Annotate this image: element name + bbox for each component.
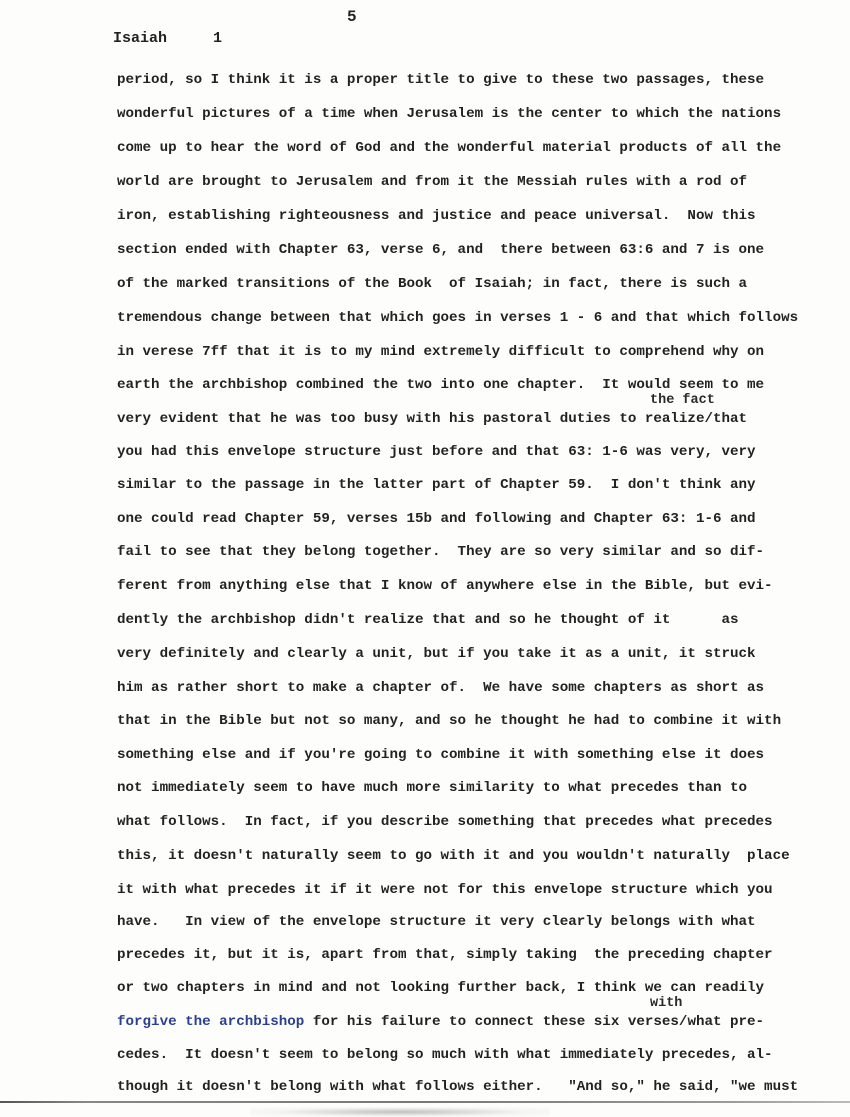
body-line: fail to see that they belong together. T… [117,543,764,561]
body-line: ferent from anything else that I know of… [117,577,773,595]
body-line: have. In view of the envelope structure … [117,913,756,931]
body-line: section ended with Chapter 63, verse 6, … [117,241,764,259]
blue-ink-text: forgive the archbishop [117,1014,313,1030]
body-line: in verese 7ff that it is to my mind extr… [117,343,764,361]
typewritten-page: 5 Isaiah1 period, so I think it is a pro… [0,0,850,1117]
body-line: that in the Bible but not so many, and s… [117,712,781,730]
body-line: come up to hear the word of God and the … [117,139,781,157]
scan-smudge [250,1107,550,1117]
body-line: iron, establishing righteousness and jus… [117,207,756,225]
body-line: what follows. In fact, if you describe s… [117,813,773,831]
running-head-book: Isaiah [113,30,213,47]
page-number: 5 [347,8,357,26]
body-line: precedes it, but it is, apart from that,… [117,946,773,964]
body-line: similar to the passage in the latter par… [117,476,756,494]
body-line: period, so I think it is a proper title … [117,71,764,89]
body-line: though it doesn't belong with what follo… [117,1078,798,1096]
body-line: very definitely and clearly a unit, but … [117,645,756,663]
body-line: very evident that he was too busy with h… [117,410,747,428]
running-head: Isaiah1 [113,30,222,47]
body-line: earth the archbishop combined the two in… [117,376,764,394]
body-line: tremendous change between that which goe… [117,309,798,327]
body-line: you had this envelope structure just bef… [117,443,756,461]
body-line: this, it doesn't naturally seem to go wi… [117,847,790,865]
body-line: it with what precedes it if it were not … [117,881,773,899]
body-line: not immediately seem to have much more s… [117,779,747,797]
body-line: dently the archbishop didn't realize tha… [117,611,739,629]
interlinear-insertion: the fact [650,393,715,408]
body-line: something else and if you're going to co… [117,746,764,764]
running-head-chapter: 1 [213,30,222,47]
body-line: of the marked transitions of the Book of… [117,275,747,293]
body-line: or two chapters in mind and not looking … [117,979,764,997]
body-line: wonderful pictures of a time when Jerusa… [117,105,781,123]
body-line: him as rather short to make a chapter of… [117,679,764,697]
body-line-annotated: forgive the archbishop for his failure t… [117,1013,764,1031]
interlinear-insertion: with [650,996,682,1011]
page-edge-rule [0,1101,850,1103]
body-line: cedes. It doesn't seem to belong so much… [117,1046,773,1064]
body-line: one could read Chapter 59, verses 15b an… [117,510,756,528]
body-line-rest: for his failure to connect these six ver… [313,1014,764,1030]
body-line: world are brought to Jerusalem and from … [117,173,747,191]
